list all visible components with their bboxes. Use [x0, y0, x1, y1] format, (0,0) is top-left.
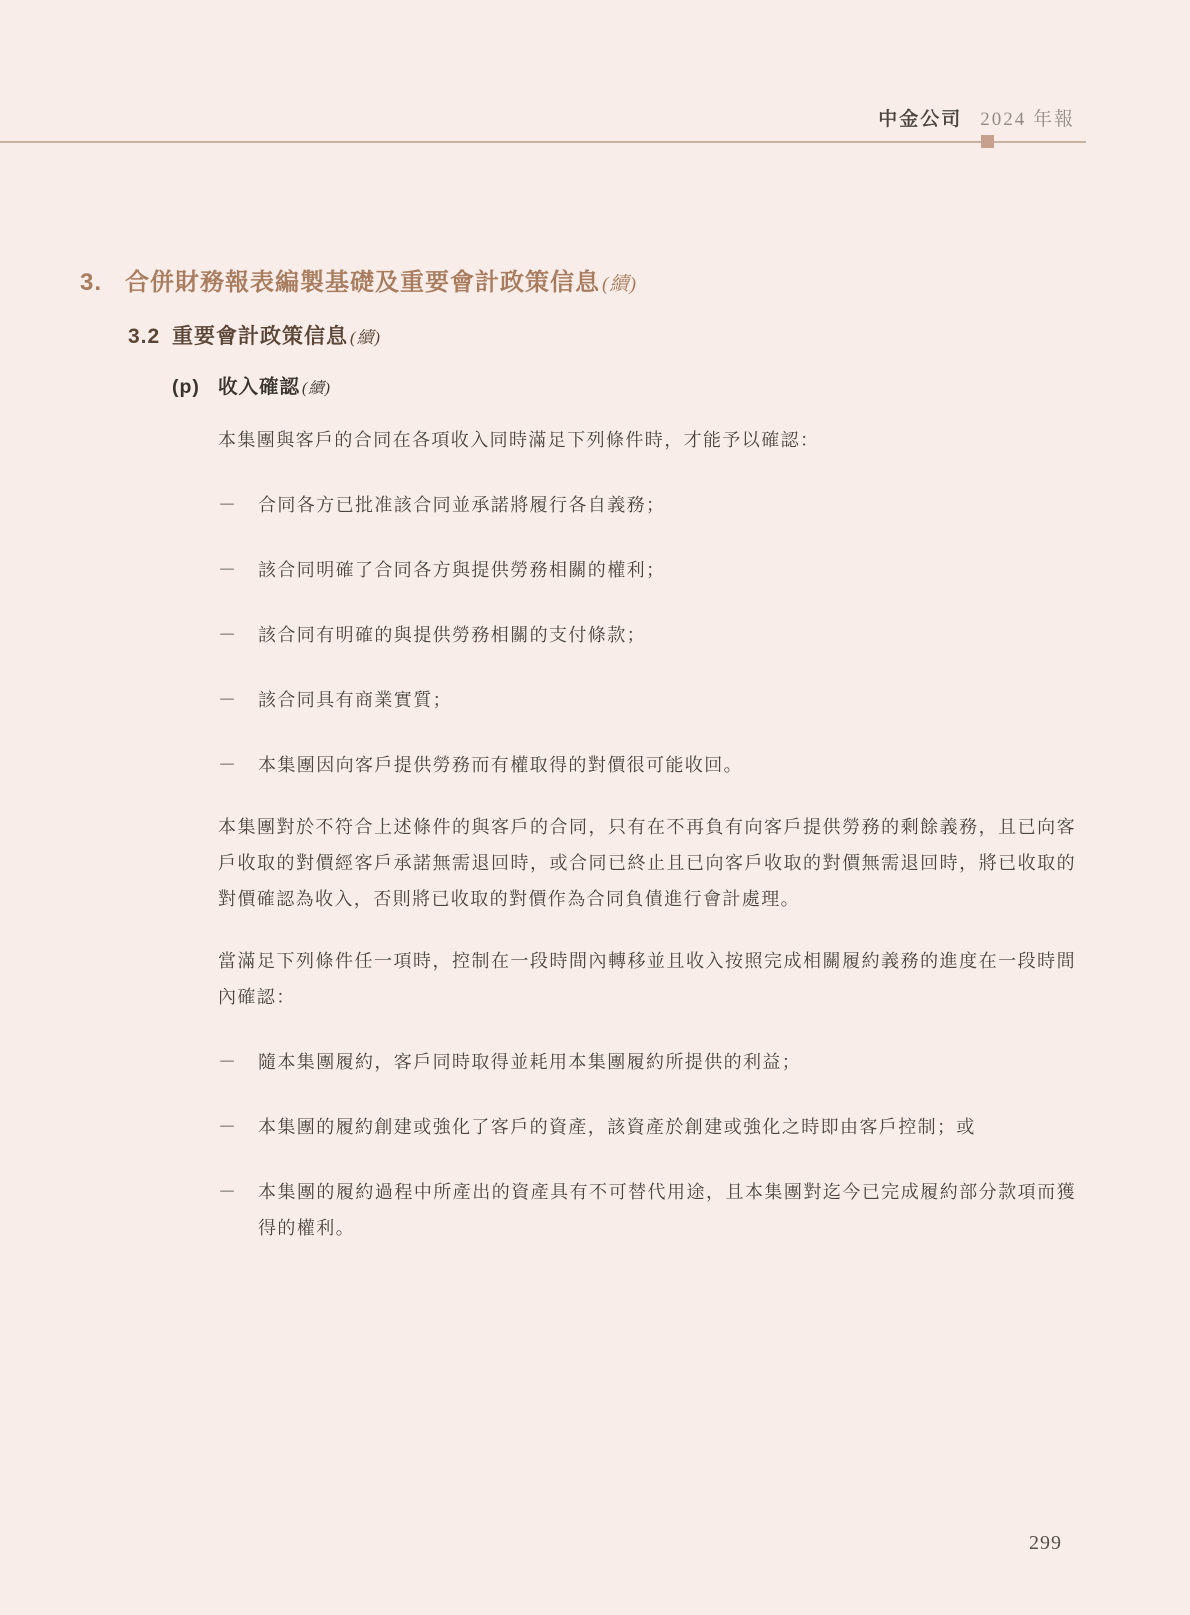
company-name: 中金公司 — [878, 109, 962, 130]
running-header: 中金公司2024 年報 — [878, 104, 1075, 131]
list-item-text: 合同各方已批准該合同並承諾將履行各自義務； — [258, 487, 1076, 523]
list-item-text: 隨本集團履約，客戶同時取得並耗用本集團履約所提供的利益； — [258, 1044, 1076, 1080]
dash-bullet-marker: － — [218, 1044, 258, 1080]
clause-continued-mark: (續) — [302, 380, 331, 397]
dash-bullet-marker: － — [218, 682, 258, 718]
clause-number: (p) — [172, 376, 218, 399]
list-item-text: 本集團因向客戶提供勞務而有權取得的對價很可能收回。 — [258, 747, 1076, 783]
section-title: 合併財務報表編製基礎及重要會計政策信息(續) — [125, 262, 637, 297]
list-item-text: 本集團的履約創建或強化了客戶的資產，該資產於創建或強化之時即由客戶控制；或 — [258, 1109, 1076, 1145]
list-item: － 本集團因向客戶提供勞務而有權取得的對價很可能收回。 — [218, 747, 1076, 783]
dash-bullet-marker: － — [218, 1174, 258, 1246]
header-rule-square — [981, 135, 994, 148]
list-item: － 本集團的履約過程中所產出的資產具有不可替代用途，且本集團對迄今已完成履約部分… — [218, 1174, 1076, 1246]
list-item: － 合同各方已批准該合同並承諾將履行各自義務； — [218, 487, 1076, 523]
section-number: 3. — [80, 269, 125, 297]
dash-bullet-marker: － — [218, 1109, 258, 1145]
recognition-conditions-list: － 合同各方已批准該合同並承諾將履行各自義務； － 該合同明確了合同各方與提供勞… — [218, 487, 1076, 783]
subsection-continued-mark: (續) — [350, 328, 381, 347]
section-heading: 3. 合併財務報表編製基礎及重要會計政策信息(續) — [80, 262, 1075, 297]
unmet-conditions-paragraph: 本集團對於不符合上述條件的與客戶的合同，只有在不再負有向客戶提供勞務的剩餘義務，… — [218, 809, 1076, 917]
dash-bullet-marker: － — [218, 552, 258, 588]
list-item-text: 該合同有明確的與提供勞務相關的支付條款； — [258, 617, 1076, 653]
dash-bullet-marker: － — [218, 747, 258, 783]
section-continued-mark: (續) — [602, 274, 637, 295]
intro-paragraph: 本集團與客戶的合同在各項收入同時滿足下列條件時，才能予以確認： — [218, 422, 1076, 458]
list-item: － 該合同具有商業實質； — [218, 682, 1076, 718]
list-item-text: 該合同明確了合同各方與提供勞務相關的權利； — [258, 552, 1076, 588]
clause-title: 收入確認(續) — [218, 371, 331, 399]
header-rule — [0, 141, 1086, 143]
list-item-text: 該合同具有商業實質； — [258, 682, 1076, 718]
subsection-title: 重要會計政策信息(續) — [172, 320, 381, 350]
clause-title-text: 收入確認 — [218, 376, 300, 398]
list-item: － 該合同明確了合同各方與提供勞務相關的權利； — [218, 552, 1076, 588]
over-time-paragraph: 當滿足下列條件任一項時，控制在一段時間內轉移並且收入按照完成相關履約義務的進度在… — [218, 943, 1076, 1015]
list-item: － 本集團的履約創建或強化了客戶的資產，該資產於創建或強化之時即由客戶控制；或 — [218, 1109, 1076, 1145]
list-item: － 隨本集團履約，客戶同時取得並耗用本集團履約所提供的利益； — [218, 1044, 1076, 1080]
subsection-number: 3.2 — [128, 325, 172, 349]
report-edition: 2024 年報 — [980, 109, 1075, 130]
dash-bullet-marker: － — [218, 487, 258, 523]
section-title-text: 合併財務報表編製基礎及重要會計政策信息 — [125, 269, 600, 296]
clause-heading: (p) 收入確認(續) — [172, 371, 1075, 399]
dash-bullet-marker: － — [218, 617, 258, 653]
page-number: 299 — [1029, 1532, 1062, 1555]
subsection-title-text: 重要會計政策信息 — [172, 325, 348, 348]
list-item-text: 本集團的履約過程中所產出的資產具有不可替代用途，且本集團對迄今已完成履約部分款項… — [258, 1174, 1076, 1246]
document-page: 中金公司2024 年報 3. 合併財務報表編製基礎及重要會計政策信息(續) 3.… — [0, 0, 1190, 1615]
list-item: － 該合同有明確的與提供勞務相關的支付條款； — [218, 617, 1076, 653]
subsection-heading: 3.2 重要會計政策信息(續) — [128, 320, 1075, 350]
over-time-conditions-list: － 隨本集團履約，客戶同時取得並耗用本集團履約所提供的利益； － 本集團的履約創… — [218, 1044, 1076, 1246]
